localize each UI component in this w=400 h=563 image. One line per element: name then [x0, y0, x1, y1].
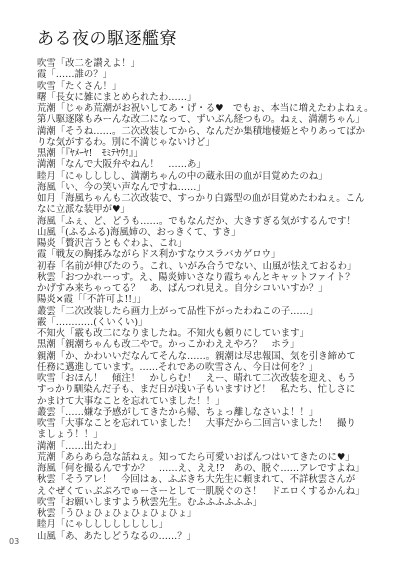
dialogue-line: 秋雲「そうアレ！ 今回はぁ、ふぶきち大先生に頼まれて、不詳秋雲さんが	[37, 474, 377, 485]
dialogue-line: 吹雪「大事なことを忘れていました！ 大事だから二回言いました！ 撮り	[37, 418, 377, 429]
dialogue-script: 吹雪「改二を讃えよ！」霞「……誰の？」吹雪「たくさん！」曙「長女に雑にまとめられ…	[37, 58, 377, 542]
speaker-name: 満潮	[37, 441, 56, 452]
speaker-name: 不知火	[37, 328, 65, 339]
dialogue-line: 荒潮「じゃあ荒潮がお祝いしてあ・げ・る♥ でもぉ、本当に増えたわよねぇ。	[37, 103, 377, 114]
dialogue-line: 海風「何を撮るんですか？ ……え、ええ!? あの、脱ぐ……アレですよね」	[37, 463, 377, 474]
dialogue-text: 「おつかれーっす。え、陽炎姉いさなり霞ちゃんとキャットファイト？	[56, 272, 355, 283]
page-title: ある夜の駆逐艦寮	[37, 29, 177, 49]
dialogue-text: 「長女に雑にまとめられたわ……」	[46, 92, 196, 103]
dialogue-line: なに立派な装甲が♥」	[37, 204, 377, 215]
dialogue-text: 「大事なことを忘れていました！ 大事だから二回言いました！ 撮り	[56, 418, 356, 429]
dialogue-line: 吹雪「おほん！ 傾注！ かしらむ！ えー、晴れて二次改装を迎え、もう	[37, 373, 377, 384]
speaker-name: 吹雪	[37, 418, 56, 429]
dialogue-text: 「名前が伸びたのう。これ、いがみ合うでない、山風が怯えておるわ」	[56, 261, 357, 272]
dialogue-text: 「あ、あたしどうなるの……？」	[56, 531, 196, 542]
dialogue-line: 曙「長女に雑にまとめられたわ……」	[37, 92, 377, 103]
speaker-name: 吹雪	[37, 58, 56, 69]
dialogue-line: 睦月「にゃしししししししし」	[37, 519, 377, 530]
dialogue-text: 「…………(くいくい)」	[46, 317, 147, 328]
speaker-name: 海風	[37, 216, 56, 227]
dialogue-text: 「うひょひょひょひょひょひょ」	[56, 508, 197, 519]
dialogue-text: なに立派な装甲が♥」	[37, 204, 130, 215]
speaker-name: 吹雪	[37, 81, 56, 92]
dialogue-line: 任務に邁進しています。……それであの吹雪さん、今日は何を？」	[37, 362, 377, 373]
dialogue-line: りな気がするわ。別に不満じゃないけど」	[37, 137, 377, 148]
dialogue-text: 「何を撮るんですか？ ……え、ええ!? あの、脱ぐ……アレですよね」	[56, 463, 365, 474]
speaker-name: 秋雲	[37, 474, 56, 485]
dialogue-line: かげすみ来ちゃってる？ あ、ぱんつれ見え。自分シコいいすか？」	[37, 283, 377, 294]
dialogue-text: りな気がするわ。別に不満じゃないけど」	[37, 137, 215, 148]
dialogue-text: 「にゃしししし、満潮ちゃんの中の蔵永田の血が目覚めたのね」	[56, 171, 328, 182]
dialogue-text: 「おほん！ 傾注！ かしらむ！ えー、晴れて二次改装を迎え、もう	[56, 373, 356, 384]
speaker-name: 黒潮	[37, 148, 56, 159]
dialogue-line: すっかり馴染んだ子も、まだ日が浅い子もいますけど！ 私たち、忙しさに	[37, 384, 377, 395]
dialogue-line: 海風「ふぇ、ど、どうも……。でもなんだか、大きすぎる気がするんです！	[37, 216, 377, 227]
speaker-name: 山風	[37, 227, 56, 238]
dialogue-text: 「たくさん！」	[56, 81, 122, 92]
manga-text-page: ある夜の駆逐艦寮 吹雪「改二を讃えよ！」霞「……誰の？」吹雪「たくさん！」曙「長…	[0, 0, 400, 563]
dialogue-text: 「なんで大阪弁やねん！ ……あ」	[56, 159, 206, 170]
speaker-name: 陽炎	[37, 238, 56, 249]
dialogue-text: 「親潮ちゃんも改二やで。かっこかわええやろ？ ホラ」	[56, 339, 300, 350]
dialogue-line: 荒潮「あらあら急な話ねぇ。知ってたら可愛いおぱんつはいてきたのに♥」	[37, 452, 377, 463]
dialogue-line: 満潮「そうね……。二次改装してから、なんだか集積地棲姫とやりあってばか	[37, 126, 377, 137]
speaker-name: 親潮	[37, 351, 56, 362]
dialogue-line: 霰「…………(くいくい)」	[37, 317, 377, 328]
speaker-name: 霰	[37, 317, 46, 328]
dialogue-line: 黒潮「親潮ちゃんも改二やで。かっこかわええやろ？ ホラ」	[37, 339, 377, 350]
dialogue-line: 山風「(ふるふる)海風姉の、おっきくて、すき」	[37, 227, 377, 238]
dialogue-text: 「贅沢言うともぐわよ、これ」	[56, 238, 187, 249]
dialogue-line: 秋雲「おつかれーっす。え、陽炎姉いさなり霞ちゃんとキャットファイト？	[37, 272, 377, 283]
dialogue-text: 「霰も改二になりましたね。不知火も頼りにしています」	[65, 328, 309, 339]
page-number: 03	[9, 537, 19, 547]
dialogue-text: 「そうね……。二次改装してから、なんだか集積地棲姫とやりあってばか	[56, 126, 365, 137]
dialogue-line: 親潮「か、かわいいだなんてそんな……。親潮は尽忠報国、気を引き締めて	[37, 351, 377, 362]
dialogue-text: 「そうアレ！ 今回はぁ、ふぶきち大先生に頼まれて、不詳秋雲さんが	[56, 474, 355, 485]
dialogue-text: 「……嫌な予感がしてきたから帰、ちょっ離しなさいよ！！」	[56, 407, 319, 418]
dialogue-line: 叢雲「二次改装したら画力上がって品性下がったわねこの子……」	[37, 306, 377, 317]
dialogue-text: 「『ﾔﾒｰﾔ! ﾓﾐﾃﾔｳ!』」	[56, 148, 143, 159]
dialogue-text: 「(ふるふる)海風姉の、おっきくて、すき」	[56, 227, 241, 238]
dialogue-line: 初春「名前が伸びたのう。これ、いがみ合うでない、山風が怯えておるわ」	[37, 261, 377, 272]
dialogue-text: 「にゃしししししししし」	[56, 519, 168, 530]
dialogue-text: 「「不許可よ!!」」	[73, 294, 146, 305]
dialogue-line: 吹雪「たくさん！」	[37, 81, 377, 92]
speaker-name: 霞	[37, 69, 46, 80]
speaker-name: 黒潮	[37, 339, 56, 350]
dialogue-text: 「改二を讃えよ！」	[56, 58, 140, 69]
dialogue-line: 叢雲「……嫌な予感がしてきたから帰、ちょっ離しなさいよ！！」	[37, 407, 377, 418]
dialogue-line: 黒潮「『ﾔﾒｰﾔ! ﾓﾐﾃﾔｳ!』」	[37, 148, 377, 159]
dialogue-text: 第八駆逐隊もみーんな改二になって、ずいぶん経つもの。ねぇ、満潮ちゃん」	[37, 114, 365, 125]
speaker-name: 満潮	[37, 126, 56, 137]
dialogue-line: 睦月「にゃしししし、満潮ちゃんの中の蔵永田の血が目覚めたのね」	[37, 171, 377, 182]
dialogue-line: 吹雪「改二を讃えよ！」	[37, 58, 377, 69]
dialogue-text: 任務に邁進しています。……それであの吹雪さん、今日は何を？」	[37, 362, 318, 373]
dialogue-line: かまけて大事なことを忘れていました！！」	[37, 396, 377, 407]
dialogue-line: 吹雪「お願いしますよう秋雲先生。むふふふふふふ」	[37, 497, 377, 508]
speaker-name: 海風	[37, 463, 56, 474]
speaker-name: 陽炎×霞	[37, 294, 73, 305]
speaker-name: 霞	[37, 249, 46, 260]
speaker-name: 荒潮	[37, 452, 56, 463]
speaker-name: 初春	[37, 261, 56, 272]
dialogue-line: ましょう！！」	[37, 429, 377, 440]
dialogue-text: 「い、今の笑い声なんですね……」	[56, 182, 206, 193]
speaker-name: 睦月	[37, 171, 56, 182]
dialogue-line: 不知火「霰も改二になりましたね。不知火も頼りにしています」	[37, 328, 377, 339]
speaker-name: 海風	[37, 182, 56, 193]
dialogue-line: 海風「い、今の笑い声なんですね……」	[37, 182, 377, 193]
dialogue-text: 「ふぇ、ど、どうも……。でもなんだか、大きすぎる気がするんです！	[56, 216, 356, 227]
speaker-name: 叢雲	[37, 306, 56, 317]
speaker-name: 満潮	[37, 159, 56, 170]
dialogue-text: 「戦友の胸揉みながらドス利かすなウスラバカゲロウ」	[46, 249, 280, 260]
dialogue-text: 「あらあら急な話ねぇ。知ってたら可愛いおぱんつはいてきたのに♥」	[56, 452, 355, 463]
dialogue-line: えぐぜくてぃぶぷろでゅーさーとして一肌脱ぐのさ！ ドエロくするかんね」	[37, 486, 377, 497]
speaker-name: 荒潮	[37, 103, 56, 114]
dialogue-text: 「お願いしますよう秋雲先生。むふふふふふふ」	[56, 497, 262, 508]
dialogue-text: 「じゃあ荒潮がお祝いしてあ・げ・る♥ でもぉ、本当に増えたわよねぇ。	[56, 103, 374, 114]
dialogue-text: 「か、かわいいだなんてそんな……。親潮は尽忠報国、気を引き締めて	[56, 351, 356, 362]
speaker-name: 曙	[37, 92, 46, 103]
speaker-name: 秋雲	[37, 508, 56, 519]
dialogue-text: 「海風ちゃんも二次改装で、すっかり白露型の血が目覚めたわねぇ。こん	[56, 193, 365, 204]
dialogue-text: えぐぜくてぃぶぷろでゅーさーとして一肌脱ぐのさ！ ドエロくするかんね」	[37, 486, 364, 497]
dialogue-line: 第八駆逐隊もみーんな改二になって、ずいぶん経つもの。ねぇ、満潮ちゃん」	[37, 114, 377, 125]
speaker-name: 如月	[37, 193, 56, 204]
dialogue-line: 陽炎「贅沢言うともぐわよ、これ」	[37, 238, 377, 249]
dialogue-text: かまけて大事なことを忘れていました！！」	[37, 396, 225, 407]
dialogue-line: 霞「戦友の胸揉みながらドス利かすなウスラバカゲロウ」	[37, 249, 377, 260]
speaker-name: 吹雪	[37, 497, 56, 508]
dialogue-line: 秋雲「うひょひょひょひょひょひょ」	[37, 508, 377, 519]
speaker-name: 睦月	[37, 519, 56, 530]
dialogue-line: 満潮「……出たわ」	[37, 441, 377, 452]
dialogue-text: 「……誰の？」	[46, 69, 112, 80]
dialogue-text: ましょう！！」	[37, 429, 103, 440]
dialogue-text: かげすみ来ちゃってる？ あ、ぱんつれ見え。自分シコいいすか？」	[37, 283, 328, 294]
speaker-name: 秋雲	[37, 272, 56, 283]
dialogue-line: 陽炎×霞「「不許可よ!!」」	[37, 294, 377, 305]
dialogue-line: 霞「……誰の？」	[37, 69, 377, 80]
speaker-name: 山風	[37, 531, 56, 542]
speaker-name: 吹雪	[37, 373, 56, 384]
speaker-name: 叢雲	[37, 407, 56, 418]
dialogue-text: 「二次改装したら画力上がって品性下がったわねこの子……」	[56, 306, 319, 317]
dialogue-text: 「……出たわ」	[56, 441, 122, 452]
dialogue-line: 満潮「なんで大阪弁やねん！ ……あ」	[37, 159, 377, 170]
dialogue-line: 如月「海風ちゃんも二次改装で、すっかり白露型の血が目覚めたわねぇ。こん	[37, 193, 377, 204]
dialogue-text: すっかり馴染んだ子も、まだ日が浅い子もいますけど！ 私たち、忙しさに	[37, 384, 355, 395]
dialogue-line: 山風「あ、あたしどうなるの……？」	[37, 531, 377, 542]
